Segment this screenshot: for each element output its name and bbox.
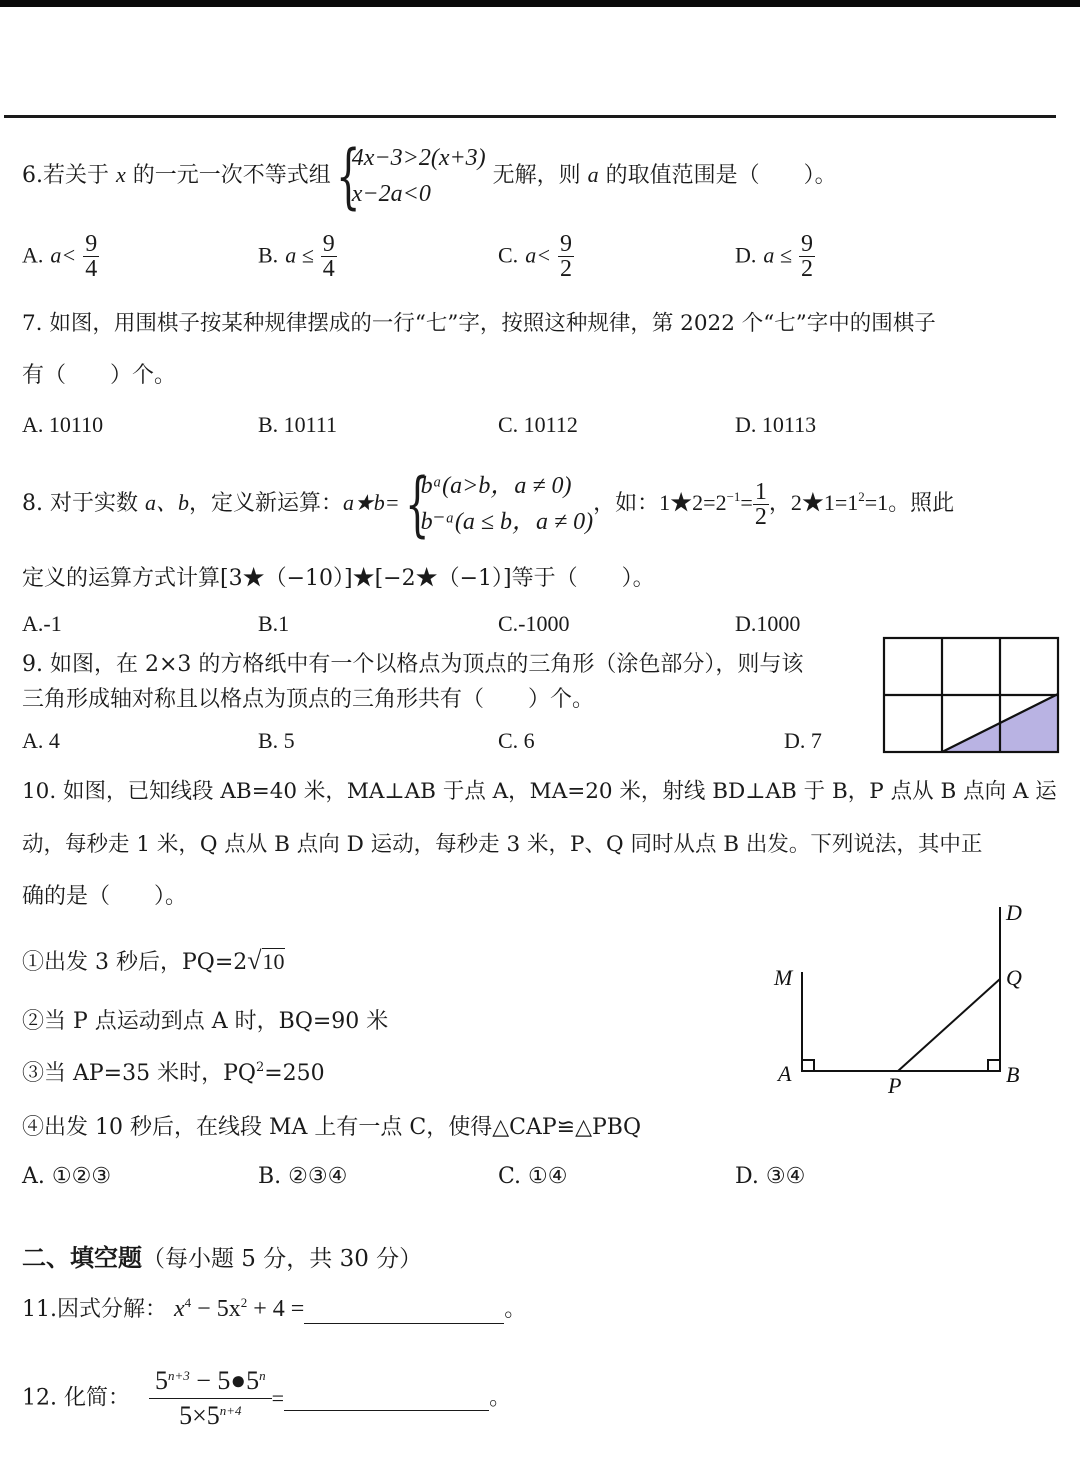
q8-case-2: b⁻ᵃ(a ≤ b，a ≠ 0) — [421, 504, 594, 540]
brace-icon: { — [405, 464, 430, 544]
q9-line-1: 9. 如图，在 2×3 的方格纸中有一个以格点为顶点的三角形（涂色部分），则与该 — [22, 651, 803, 679]
exponent: 2 — [256, 1060, 264, 1075]
option-expr: a ≤ — [763, 243, 792, 268]
q10-option-a[interactable]: A. ①②③ — [22, 1164, 111, 1189]
equals: = — [740, 490, 752, 515]
exponent: n+4 — [220, 1403, 242, 1418]
term: 5 — [155, 1366, 168, 1395]
question-6: 6.若关于 x 的一元一次不等式组 { 4x−3>2(x+3) x−2a<0 无… — [22, 140, 837, 212]
denominator: 5×5n+4 — [149, 1399, 272, 1431]
equals: = — [272, 1386, 284, 1411]
label-m: M — [773, 965, 794, 990]
q10-option-d[interactable]: D. ③④ — [735, 1164, 805, 1189]
q8-mid: ，定义新运算： — [189, 491, 343, 516]
q6-ineq-1: 4x−3>2(x+3) — [352, 140, 486, 176]
q7-option-b[interactable]: B. 10111 — [258, 412, 337, 438]
label-p: P — [887, 1073, 901, 1098]
top-border — [0, 0, 1080, 7]
label-b: B — [1006, 1062, 1019, 1087]
q8-cases: { bᵃ(a>b，a ≠ 0) b⁻ᵃ(a ≤ b，a ≠ 0) — [407, 468, 594, 540]
section-title: 二、填空题 — [22, 1244, 142, 1272]
denominator: 4 — [83, 257, 99, 281]
denominator: 2 — [753, 505, 769, 529]
q6-inequality-system: { 4x−3>2(x+3) x−2a<0 — [338, 140, 486, 212]
brace-icon: { — [336, 136, 361, 216]
q9-option-b[interactable]: B. 5 — [258, 728, 295, 754]
q6-option-b[interactable]: B. a ≤ 94 — [258, 232, 337, 281]
label-a: A — [776, 1061, 792, 1086]
q12-answer-blank[interactable] — [284, 1386, 489, 1411]
numerator: 5n+3 − 5●5n — [149, 1366, 272, 1399]
q6-suffix-a: 无解，则 — [493, 163, 581, 188]
q10-statement-4: ④出发 10 秒后，在线段 MA 上有一点 C，使得△CAP≌△PBQ — [22, 1114, 641, 1142]
q6-option-d[interactable]: D. a ≤ 92 — [735, 232, 815, 281]
q11-expr: + 4 = — [247, 1296, 304, 1322]
q12-prefix: 12. 化简： — [22, 1386, 130, 1411]
q11-answer-blank[interactable] — [304, 1301, 504, 1324]
option-expr: a< — [50, 243, 76, 268]
q9-option-d[interactable]: D. 7 — [784, 728, 822, 754]
q6-mid: 的一元一次不等式组 — [133, 163, 331, 188]
q11-end: 。 — [504, 1297, 526, 1322]
denominator: 2 — [799, 257, 815, 281]
fraction: 94 — [83, 232, 99, 281]
q10-statement-1: ①出发 3 秒后，PQ=2√10 — [22, 947, 285, 977]
q8-example: ，如：1★2=2 — [593, 490, 726, 515]
q10-line-3: 确的是（ ）。 — [22, 883, 187, 911]
question-8: 8. 对于实数 a、b，定义新运算：a★b= { bᵃ(a>b，a ≠ 0) b… — [22, 468, 954, 540]
q10-line-2: 动，每秒走 1 米，Q 点从 B 点向 D 运动，每秒走 3 米，P、Q 同时从… — [22, 831, 982, 859]
option-label: B. — [258, 243, 278, 268]
q8-case-1: bᵃ(a>b，a ≠ 0) — [421, 468, 594, 504]
exponent: −1 — [727, 489, 741, 504]
q10-geometry-figure: M A P B Q D — [760, 895, 1060, 1100]
q9-line-2: 三角形成轴对称且以格点为顶点的三角形共有（ ）个。 — [22, 686, 594, 714]
q8-example-2: ，2★1=1 — [769, 490, 858, 515]
q6-option-c[interactable]: C. a< 92 — [498, 232, 574, 281]
numerator: 9 — [558, 232, 574, 257]
q7-line-1: 7. 如图，用围棋子按某种规律摆成的一行“七”字，按照这种规律，第 2022 个… — [22, 310, 936, 338]
q6-prefix: 6.若关于 — [22, 163, 109, 188]
q8-vars: a、b — [145, 490, 189, 515]
denominator: 2 — [558, 257, 574, 281]
q8-option-d[interactable]: D.1000 — [735, 611, 800, 637]
q11-expr: x — [174, 1296, 185, 1322]
section-note: （每小题 5 分，共 30 分） — [142, 1246, 422, 1272]
q10-statement-2: ②当 P 点运动到点 A 时，BQ=90 米 — [22, 1008, 388, 1036]
q11-expr: − 5x — [191, 1296, 241, 1322]
numerator: 9 — [321, 232, 337, 257]
q8-option-b[interactable]: B.1 — [258, 611, 289, 637]
q6-var-a: a — [588, 162, 599, 187]
q10-option-c[interactable]: C. ①④ — [498, 1164, 567, 1189]
option-label: A. — [22, 243, 43, 268]
denominator: 4 — [321, 257, 337, 281]
q8-option-a[interactable]: A.-1 — [22, 611, 62, 637]
term: 5×5 — [179, 1401, 220, 1430]
exponent: n+3 — [168, 1368, 190, 1383]
q9-grid-figure — [880, 635, 1062, 757]
q8-option-c[interactable]: C.-1000 — [498, 611, 570, 637]
label-q: Q — [1006, 965, 1022, 990]
q10-line-1: 10. 如图，已知线段 AB=40 米，MA⊥AB 于点 A，MA=20 米，射… — [22, 778, 1057, 806]
q12-end: 。 — [489, 1386, 511, 1411]
option-expr: a ≤ — [285, 243, 314, 268]
sqrt-sign-icon: √ — [247, 946, 261, 975]
q9-option-c[interactable]: C. 6 — [498, 728, 535, 754]
fraction: 12 — [753, 480, 769, 529]
q12-fraction: 5n+3 − 5●5n 5×5n+4 — [149, 1366, 272, 1431]
section-2-heading: 二、填空题（每小题 5 分，共 30 分） — [22, 1238, 422, 1273]
q8-example-end: =1。照此 — [865, 490, 954, 515]
statement-text: ①出发 3 秒后，PQ=2 — [22, 950, 247, 975]
option-label: C. — [498, 243, 518, 268]
label-d: D — [1005, 900, 1022, 925]
fraction: 92 — [558, 232, 574, 281]
header-rule — [4, 115, 1056, 118]
q7-option-c[interactable]: C. 10112 — [498, 412, 578, 438]
q8-prefix: 8. 对于实数 — [22, 491, 138, 516]
numerator: 1 — [753, 480, 769, 505]
sqrt-radicand: 10 — [262, 948, 285, 974]
question-12: 12. 化简： 5n+3 − 5●5n 5×5n+4 =。 — [22, 1366, 511, 1431]
q6-var-x: x — [116, 162, 126, 187]
q7-option-a[interactable]: A. 10110 — [22, 412, 103, 438]
q7-line-2: 有（ ）个。 — [22, 362, 176, 390]
q6-ineq-2: x−2a<0 — [352, 176, 486, 212]
q10-option-b[interactable]: B. ②③④ — [258, 1164, 347, 1189]
exponent: n — [259, 1368, 266, 1383]
numerator: 9 — [799, 232, 815, 257]
q8-line-2: 定义的运算方式计算[3★（−10）]★[−2★（−1）]等于（ ）。 — [22, 565, 655, 593]
option-expr: a< — [525, 243, 551, 268]
q6-option-a[interactable]: A. a< 94 — [22, 232, 99, 281]
fraction: 94 — [321, 232, 337, 281]
q6-suffix-b: 的取值范围是（ ）。 — [606, 163, 837, 188]
q9-option-a[interactable]: A. 4 — [22, 728, 60, 754]
q8-lhs: a★b= — [343, 490, 400, 515]
option-label: D. — [735, 243, 756, 268]
numerator: 9 — [83, 232, 99, 257]
q7-option-d[interactable]: D. 10113 — [735, 412, 816, 438]
term: − 5●5 — [190, 1366, 259, 1395]
statement-text: ③当 AP=35 米时，PQ — [22, 1061, 256, 1086]
question-11: 11.因式分解： x4 − 5x2 + 4 =。 — [22, 1295, 526, 1324]
q11-prefix: 11.因式分解： — [22, 1297, 167, 1322]
fraction: 92 — [799, 232, 815, 281]
statement-text: =250 — [264, 1061, 324, 1086]
q10-statement-3: ③当 AP=35 米时，PQ2=250 — [22, 1060, 325, 1088]
